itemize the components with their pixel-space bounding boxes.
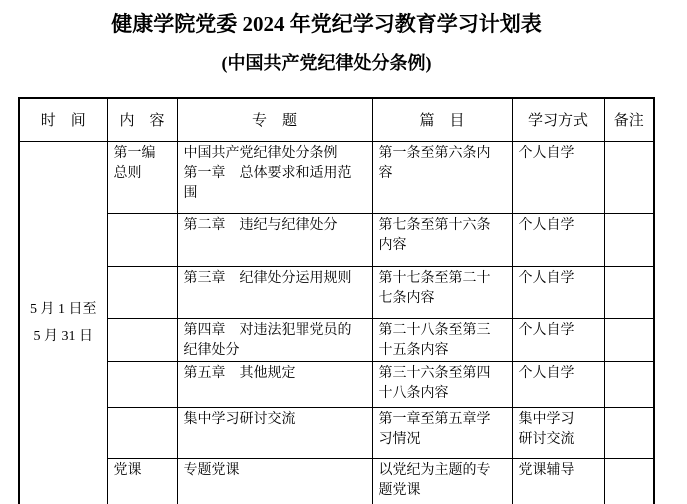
table-row: 5 月 1 日至 5 月 31 日 第一编 总则 中国共产党纪律处分条例 第一章… <box>19 141 654 213</box>
topic-cell: 专题党课 <box>177 458 372 504</box>
chapters-cell: 第七条至第十六条 内容 <box>372 213 512 266</box>
header-method: 学习方式 <box>512 98 604 141</box>
content-cell: 党课 <box>107 458 177 504</box>
table-row: 集中学习研讨交流 第一章至第五章学 习情况 集中学习 研讨交流 <box>19 407 654 458</box>
note-cell <box>604 407 654 458</box>
content-cell <box>107 361 177 407</box>
table-row: 第二章 违纪与纪律处分 第七条至第十六条 内容 个人自学 <box>19 213 654 266</box>
content-cell <box>107 213 177 266</box>
table-row: 第五章 其他规定 第三十六条至第四 十八条内容 个人自学 <box>19 361 654 407</box>
header-time: 时 间 <box>19 98 107 141</box>
chapters-cell: 第三十六条至第四 十八条内容 <box>372 361 512 407</box>
chapters-cell: 第一章至第五章学 习情况 <box>372 407 512 458</box>
content-cell <box>107 407 177 458</box>
header-content: 内 容 <box>107 98 177 141</box>
study-plan-table: 时 间 内 容 专 题 篇 目 学习方式 备注 5 月 1 日至 5 月 31 … <box>18 97 655 504</box>
content-cell <box>107 318 177 361</box>
topic-cell: 第五章 其他规定 <box>177 361 372 407</box>
topic-cell: 中国共产党纪律处分条例 第一章 总体要求和适用范 围 <box>177 141 372 213</box>
table-row: 第四章 对违法犯罪党员的 纪律处分 第二十八条至第三 十五条内容 个人自学 <box>19 318 654 361</box>
content-cell <box>107 266 177 318</box>
chapters-cell: 第一条至第六条内 容 <box>372 141 512 213</box>
document-subtitle: (中国共产党纪律处分条例) <box>0 51 653 75</box>
note-cell <box>604 361 654 407</box>
topic-cell: 集中学习研讨交流 <box>177 407 372 458</box>
method-cell: 集中学习 研讨交流 <box>512 407 604 458</box>
method-cell: 个人自学 <box>512 361 604 407</box>
note-cell <box>604 318 654 361</box>
method-cell: 个人自学 <box>512 318 604 361</box>
note-cell <box>604 266 654 318</box>
method-cell: 个人自学 <box>512 213 604 266</box>
header-note: 备注 <box>604 98 654 141</box>
table-row: 第三章 纪律处分运用规则 第十七条至第二十 七条内容 个人自学 <box>19 266 654 318</box>
topic-cell: 第三章 纪律处分运用规则 <box>177 266 372 318</box>
chapters-cell: 第二十八条至第三 十五条内容 <box>372 318 512 361</box>
table-row: 党课 专题党课 以党纪为主题的专 题党课 党课辅导 <box>19 458 654 504</box>
note-cell <box>604 213 654 266</box>
note-cell <box>604 141 654 213</box>
method-cell: 党课辅导 <box>512 458 604 504</box>
topic-cell: 第四章 对违法犯罪党员的 纪律处分 <box>177 318 372 361</box>
chapters-cell: 以党纪为主题的专 题党课 <box>372 458 512 504</box>
time-range-cell: 5 月 1 日至 5 月 31 日 <box>19 141 107 504</box>
header-topic: 专 题 <box>177 98 372 141</box>
table-header-row: 时 间 内 容 专 题 篇 目 学习方式 备注 <box>19 98 654 141</box>
document-page: 健康学院党委 2024 年党纪学习教育学习计划表 (中国共产党纪律处分条例) 时… <box>0 0 687 504</box>
document-title: 健康学院党委 2024 年党纪学习教育学习计划表 <box>0 0 653 37</box>
chapters-cell: 第十七条至第二十 七条内容 <box>372 266 512 318</box>
content-cell: 第一编 总则 <box>107 141 177 213</box>
note-cell <box>604 458 654 504</box>
method-cell: 个人自学 <box>512 266 604 318</box>
method-cell: 个人自学 <box>512 141 604 213</box>
header-chapters: 篇 目 <box>372 98 512 141</box>
topic-cell: 第二章 违纪与纪律处分 <box>177 213 372 266</box>
